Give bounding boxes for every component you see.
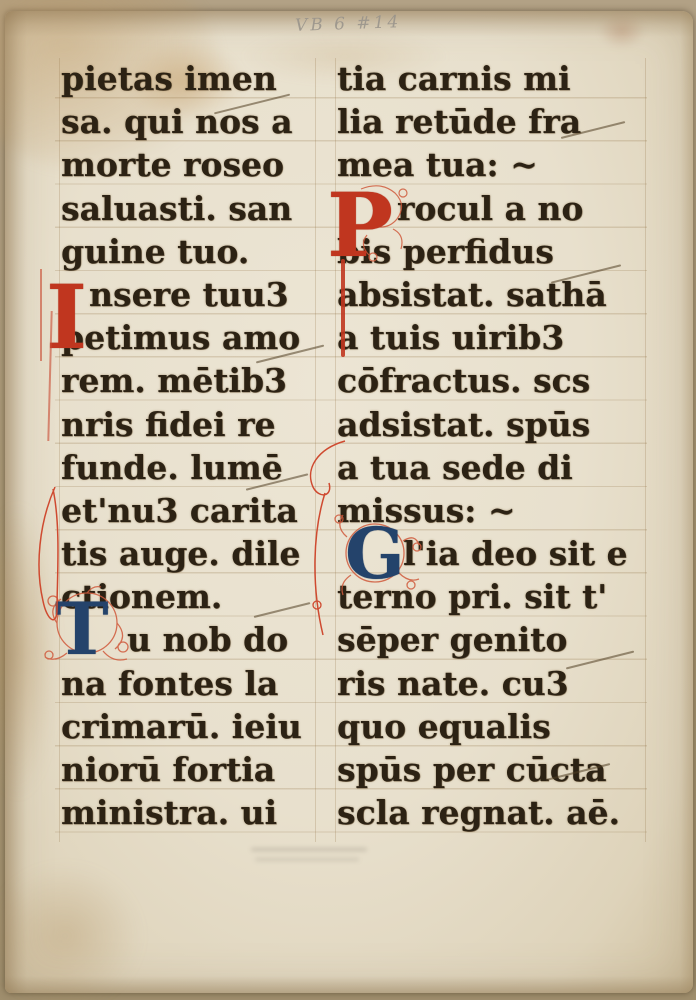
text-line: crimarū. ieiu [61,707,317,750]
text-line: adsistat. spūs [337,405,645,448]
text-line: ctionem. [61,577,317,620]
text-line: ministra. ui [61,793,317,836]
leaf-edge-bottom [5,976,693,993]
red-margin-hairline [47,311,52,441]
text-column-right: tia carnis mi lia retūde fra mea tua: ~ … [337,59,645,836]
text-line: missus: ~ [337,491,645,534]
text-line: rocul a no [337,189,645,232]
text-line: scla regnat. aē. [337,793,645,836]
text-line: sēper genito [337,620,645,663]
text-line: tia carnis mi [337,59,645,102]
text-line: nsere tuu3 [61,275,317,318]
embossed-stamp-illegible [243,843,375,875]
text-column-left: pietas imen sa. qui nos a morte roseo sa… [61,59,317,836]
text-line: et'nu3 carita [61,491,317,534]
text-line: cōfractus. scs [337,361,645,404]
manuscript-page: VB 6 #14 pietas imen sa. qui nos a morte… [5,11,693,993]
text-line: lia retūde fra [337,102,645,145]
text-line: ris nate. cu3 [337,664,645,707]
text-line: sa. qui nos a [61,102,317,145]
text-line: niorū fortia [61,750,317,793]
pencil-inscription: VB 6 #14 [295,12,402,36]
text-line: nris fidei re [61,405,317,448]
ruling-vertical-left [59,58,60,842]
text-line: na fontes la [61,664,317,707]
text-line: tis auge. dile [61,534,317,577]
leaf-edge-right [680,11,693,993]
text-line: morte roseo [61,145,317,188]
text-line: rem. mētib3 [61,361,317,404]
text-line: bis perfidus [337,232,645,275]
text-line: a tua sede di [337,448,645,491]
faded-red-mark [598,13,646,49]
text-line: u nob do [61,620,317,663]
ruling-vertical-right [645,58,646,842]
text-line: guine tuo. [61,232,317,275]
text-line: saluasti. san [61,189,317,232]
red-margin-hairline [40,269,42,361]
leaf-edge-left [5,11,27,993]
initial-P-descender [341,259,345,357]
text-line: quo equalis [337,707,645,750]
text-line: funde. lumē [61,448,317,491]
text-line: mea tua: ~ [337,145,645,188]
ruling-vertical-right-col-start [335,58,336,842]
text-line: a tuis uirib3 [337,318,645,361]
text-line: spūs per cūcta [337,750,645,793]
text-line: absistat. sathā [337,275,645,318]
text-line: terno pri. sit t' [337,577,645,620]
text-line: l'ia deo sit e [337,534,645,577]
